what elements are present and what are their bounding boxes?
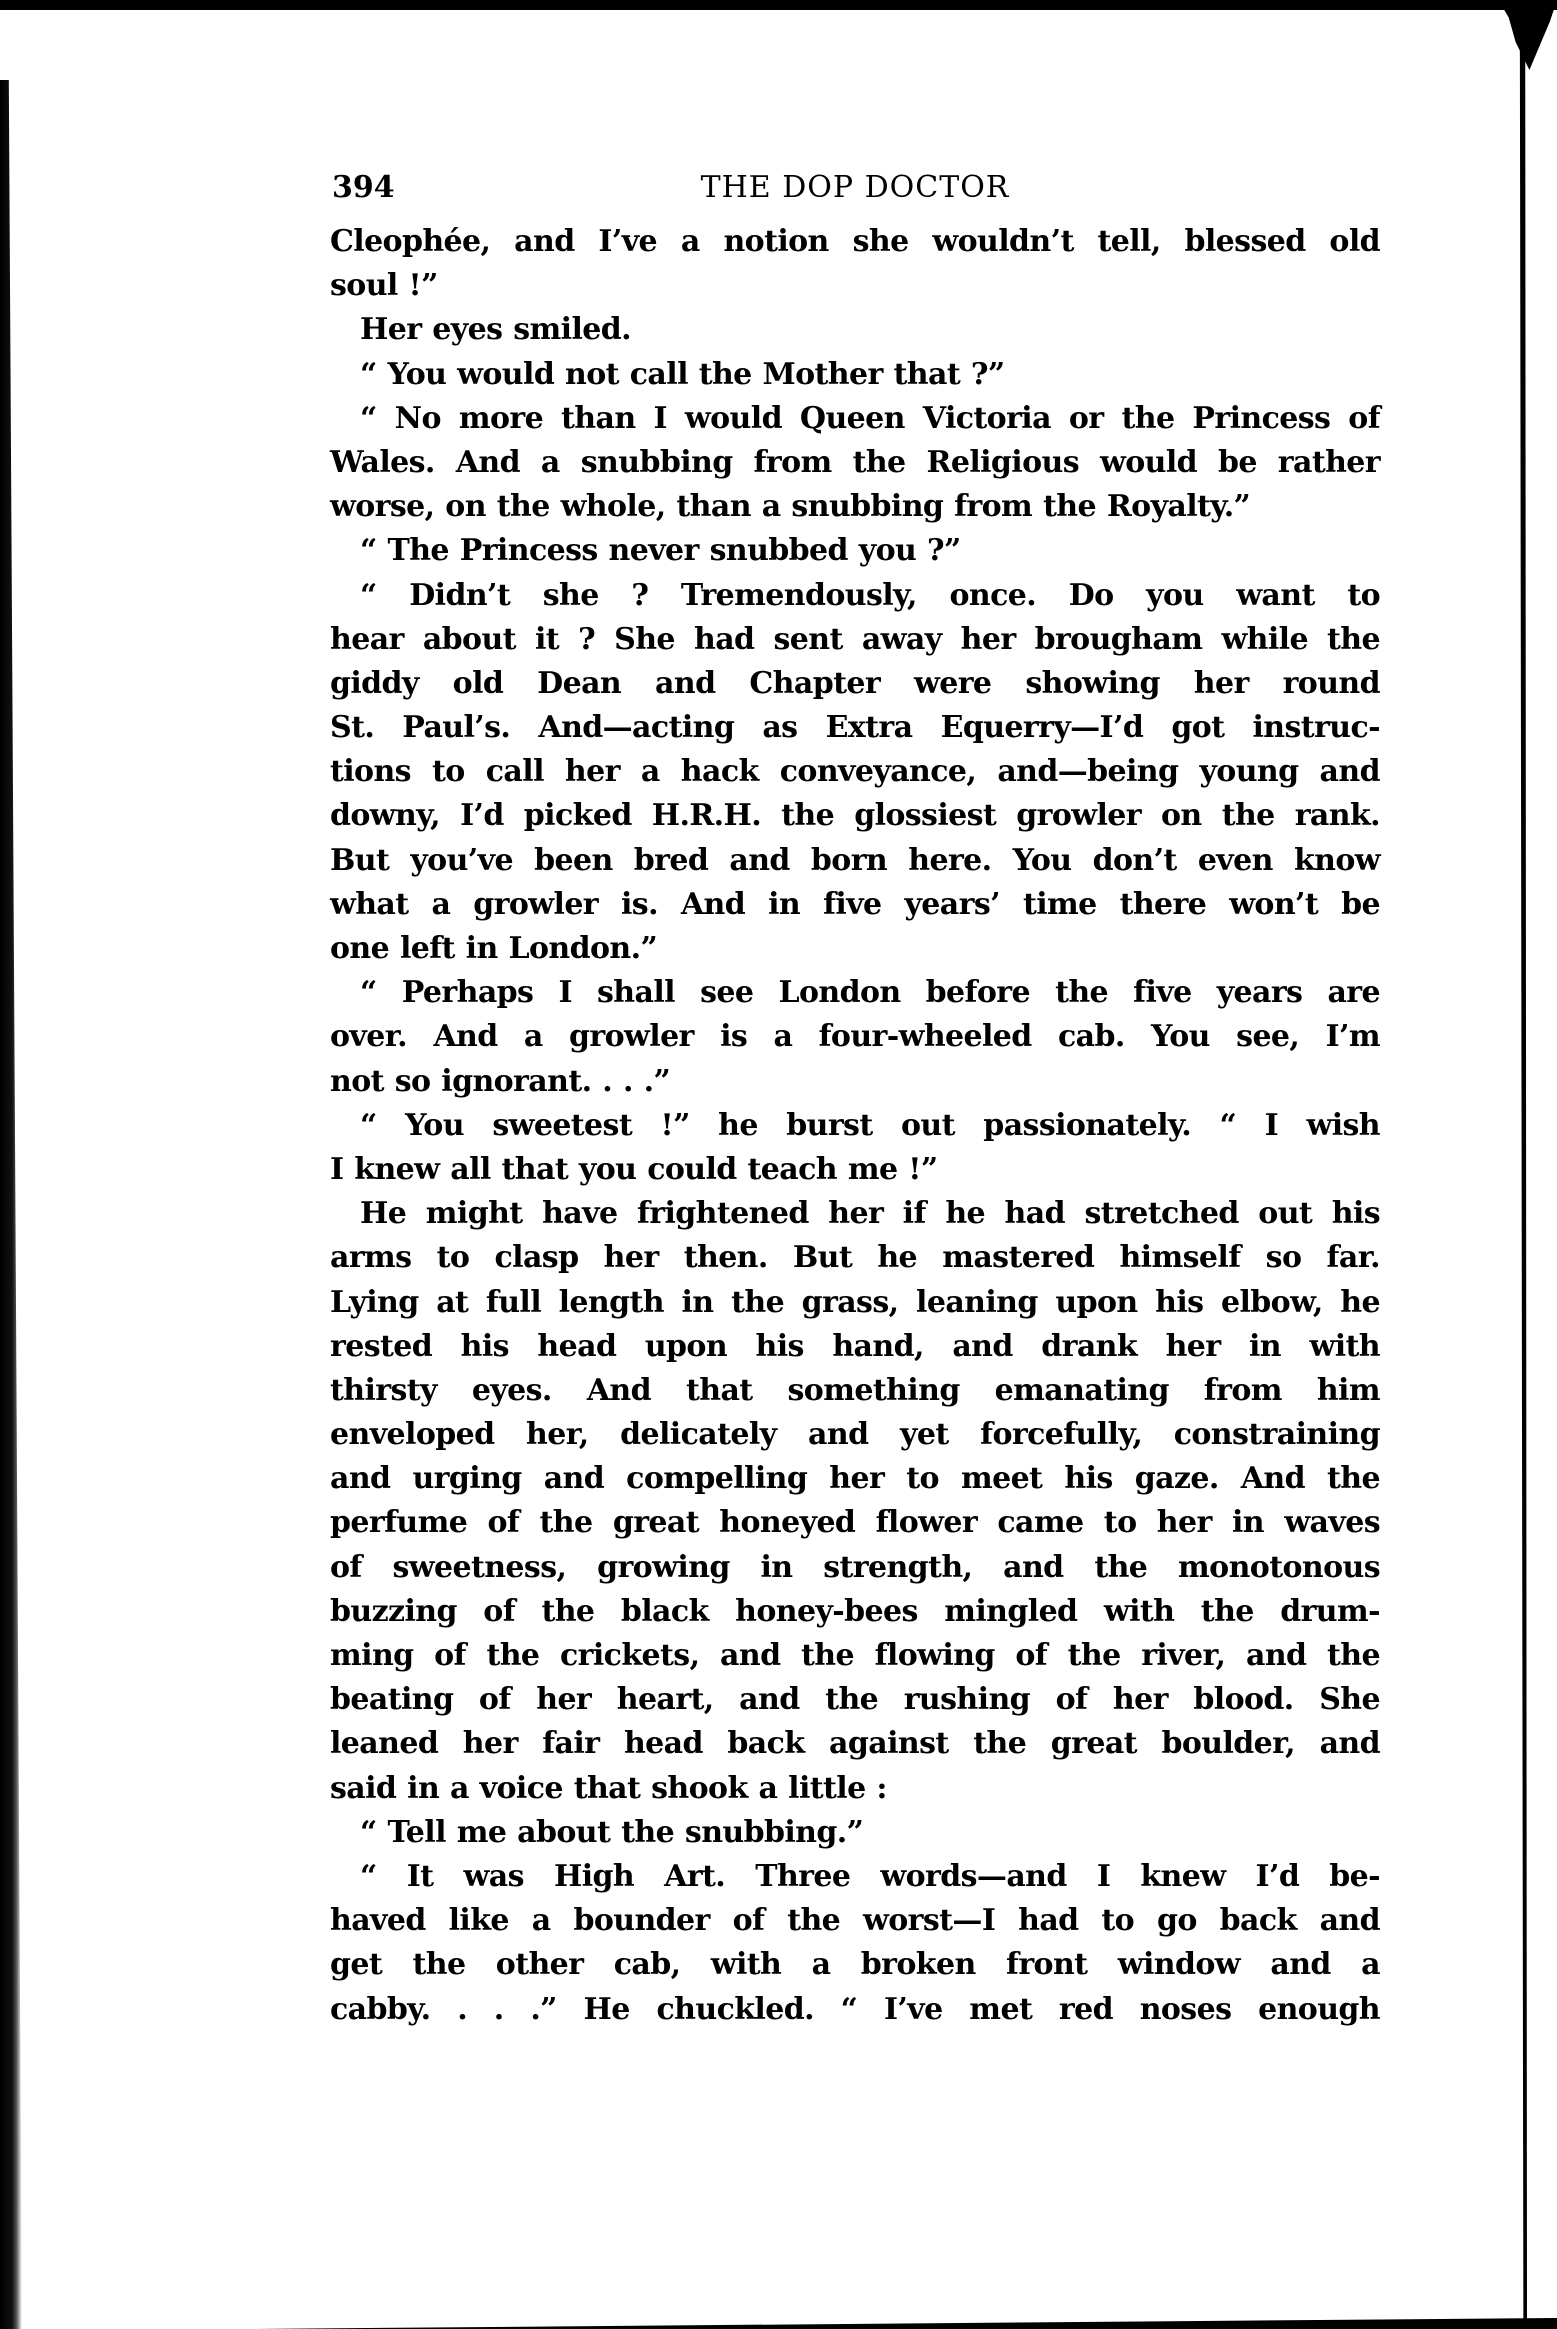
text-line: giddy old Dean and Chapter were showing …: [330, 662, 1380, 706]
text-line: “ You sweetest !” he burst out passionat…: [330, 1104, 1380, 1148]
text-line: beating of her heart, and the rushing of…: [330, 1678, 1380, 1722]
text-line: But you’ve been bred and born here. You …: [330, 839, 1380, 883]
text-line: “ Didn’t she ? Tremendously, once. Do yo…: [330, 574, 1380, 618]
text-line: “ Tell me about the snubbing.”: [330, 1811, 1380, 1855]
text-line: “ You would not call the Mother that ?”: [330, 353, 1380, 397]
text-line: of sweetness, growing in strength, and t…: [330, 1546, 1380, 1590]
text-line: downy, I’d picked H.R.H. the glossiest g…: [330, 794, 1380, 838]
text-line: said in a voice that shook a little :: [330, 1767, 1380, 1811]
text-line: what a growler is. And in five years’ ti…: [330, 883, 1380, 927]
body-text: Cleophée, and I’ve a notion she wouldn’t…: [330, 220, 1380, 2032]
text-line: worse, on the whole, than a snubbing fro…: [330, 485, 1380, 529]
text-line: Her eyes smiled.: [330, 308, 1380, 352]
text-line: I knew all that you could teach me !”: [330, 1148, 1380, 1192]
text-line: St. Paul’s. And—acting as Extra Equerry—…: [330, 706, 1380, 750]
text-line: “ Perhaps I shall see London before the …: [330, 971, 1380, 1015]
text-line: Lying at full length in the grass, leani…: [330, 1281, 1380, 1325]
text-line: arms to clasp her then. But he mastered …: [330, 1236, 1380, 1280]
text-line: over. And a growler is a four-wheeled ca…: [330, 1015, 1380, 1059]
text-line: tions to call her a hack conveyance, and…: [330, 750, 1380, 794]
text-line: get the other cab, with a broken front w…: [330, 1943, 1380, 1987]
text-line: rested his head upon his hand, and drank…: [330, 1325, 1380, 1369]
text-line: Wales. And a snubbing from the Religious…: [330, 441, 1380, 485]
text-line: and urging and compelling her to meet hi…: [330, 1457, 1380, 1501]
running-title: THE DOP DOCTOR: [330, 168, 1380, 208]
book-page: 394 THE DOP DOCTOR Cleophée, and I’ve a …: [330, 168, 1380, 2032]
text-line: one left in London.”: [330, 927, 1380, 971]
text-line: “ It was High Art. Three words—and I kne…: [330, 1855, 1380, 1899]
text-line: He might have frightened her if he had s…: [330, 1192, 1380, 1236]
text-line: leaned her fair head back against the gr…: [330, 1722, 1380, 1766]
text-line: cabby. . . .” He chuckled. “ I’ve met re…: [330, 1988, 1380, 2032]
text-line: enveloped her, delicately and yet forcef…: [330, 1413, 1380, 1457]
text-line: ming of the crickets, and the flowing of…: [330, 1634, 1380, 1678]
text-line: “ No more than I would Queen Victoria or…: [330, 397, 1380, 441]
text-line: buzzing of the black honey-bees mingled …: [330, 1590, 1380, 1634]
scan-border-top: [0, 0, 1557, 10]
running-head: 394 THE DOP DOCTOR: [330, 168, 1380, 220]
text-line: not so ignorant. . . .”: [330, 1060, 1380, 1104]
text-line: “ The Princess never snubbed you ?”: [330, 529, 1380, 573]
scan-border-bottom: [250, 2318, 1557, 2329]
text-line: perfume of the great honeyed flower came…: [330, 1501, 1380, 1545]
text-line: hear about it ? She had sent away her br…: [330, 618, 1380, 662]
text-line: Cleophée, and I’ve a notion she wouldn’t…: [330, 220, 1380, 264]
scan-page-edge-right: [1518, 0, 1527, 2329]
scan-binding-shadow-left: [0, 80, 22, 2329]
text-line: haved like a bounder of the worst—I had …: [330, 1899, 1380, 1943]
text-line: thirsty eyes. And that something emanati…: [330, 1369, 1380, 1413]
text-line: soul !”: [330, 264, 1380, 308]
